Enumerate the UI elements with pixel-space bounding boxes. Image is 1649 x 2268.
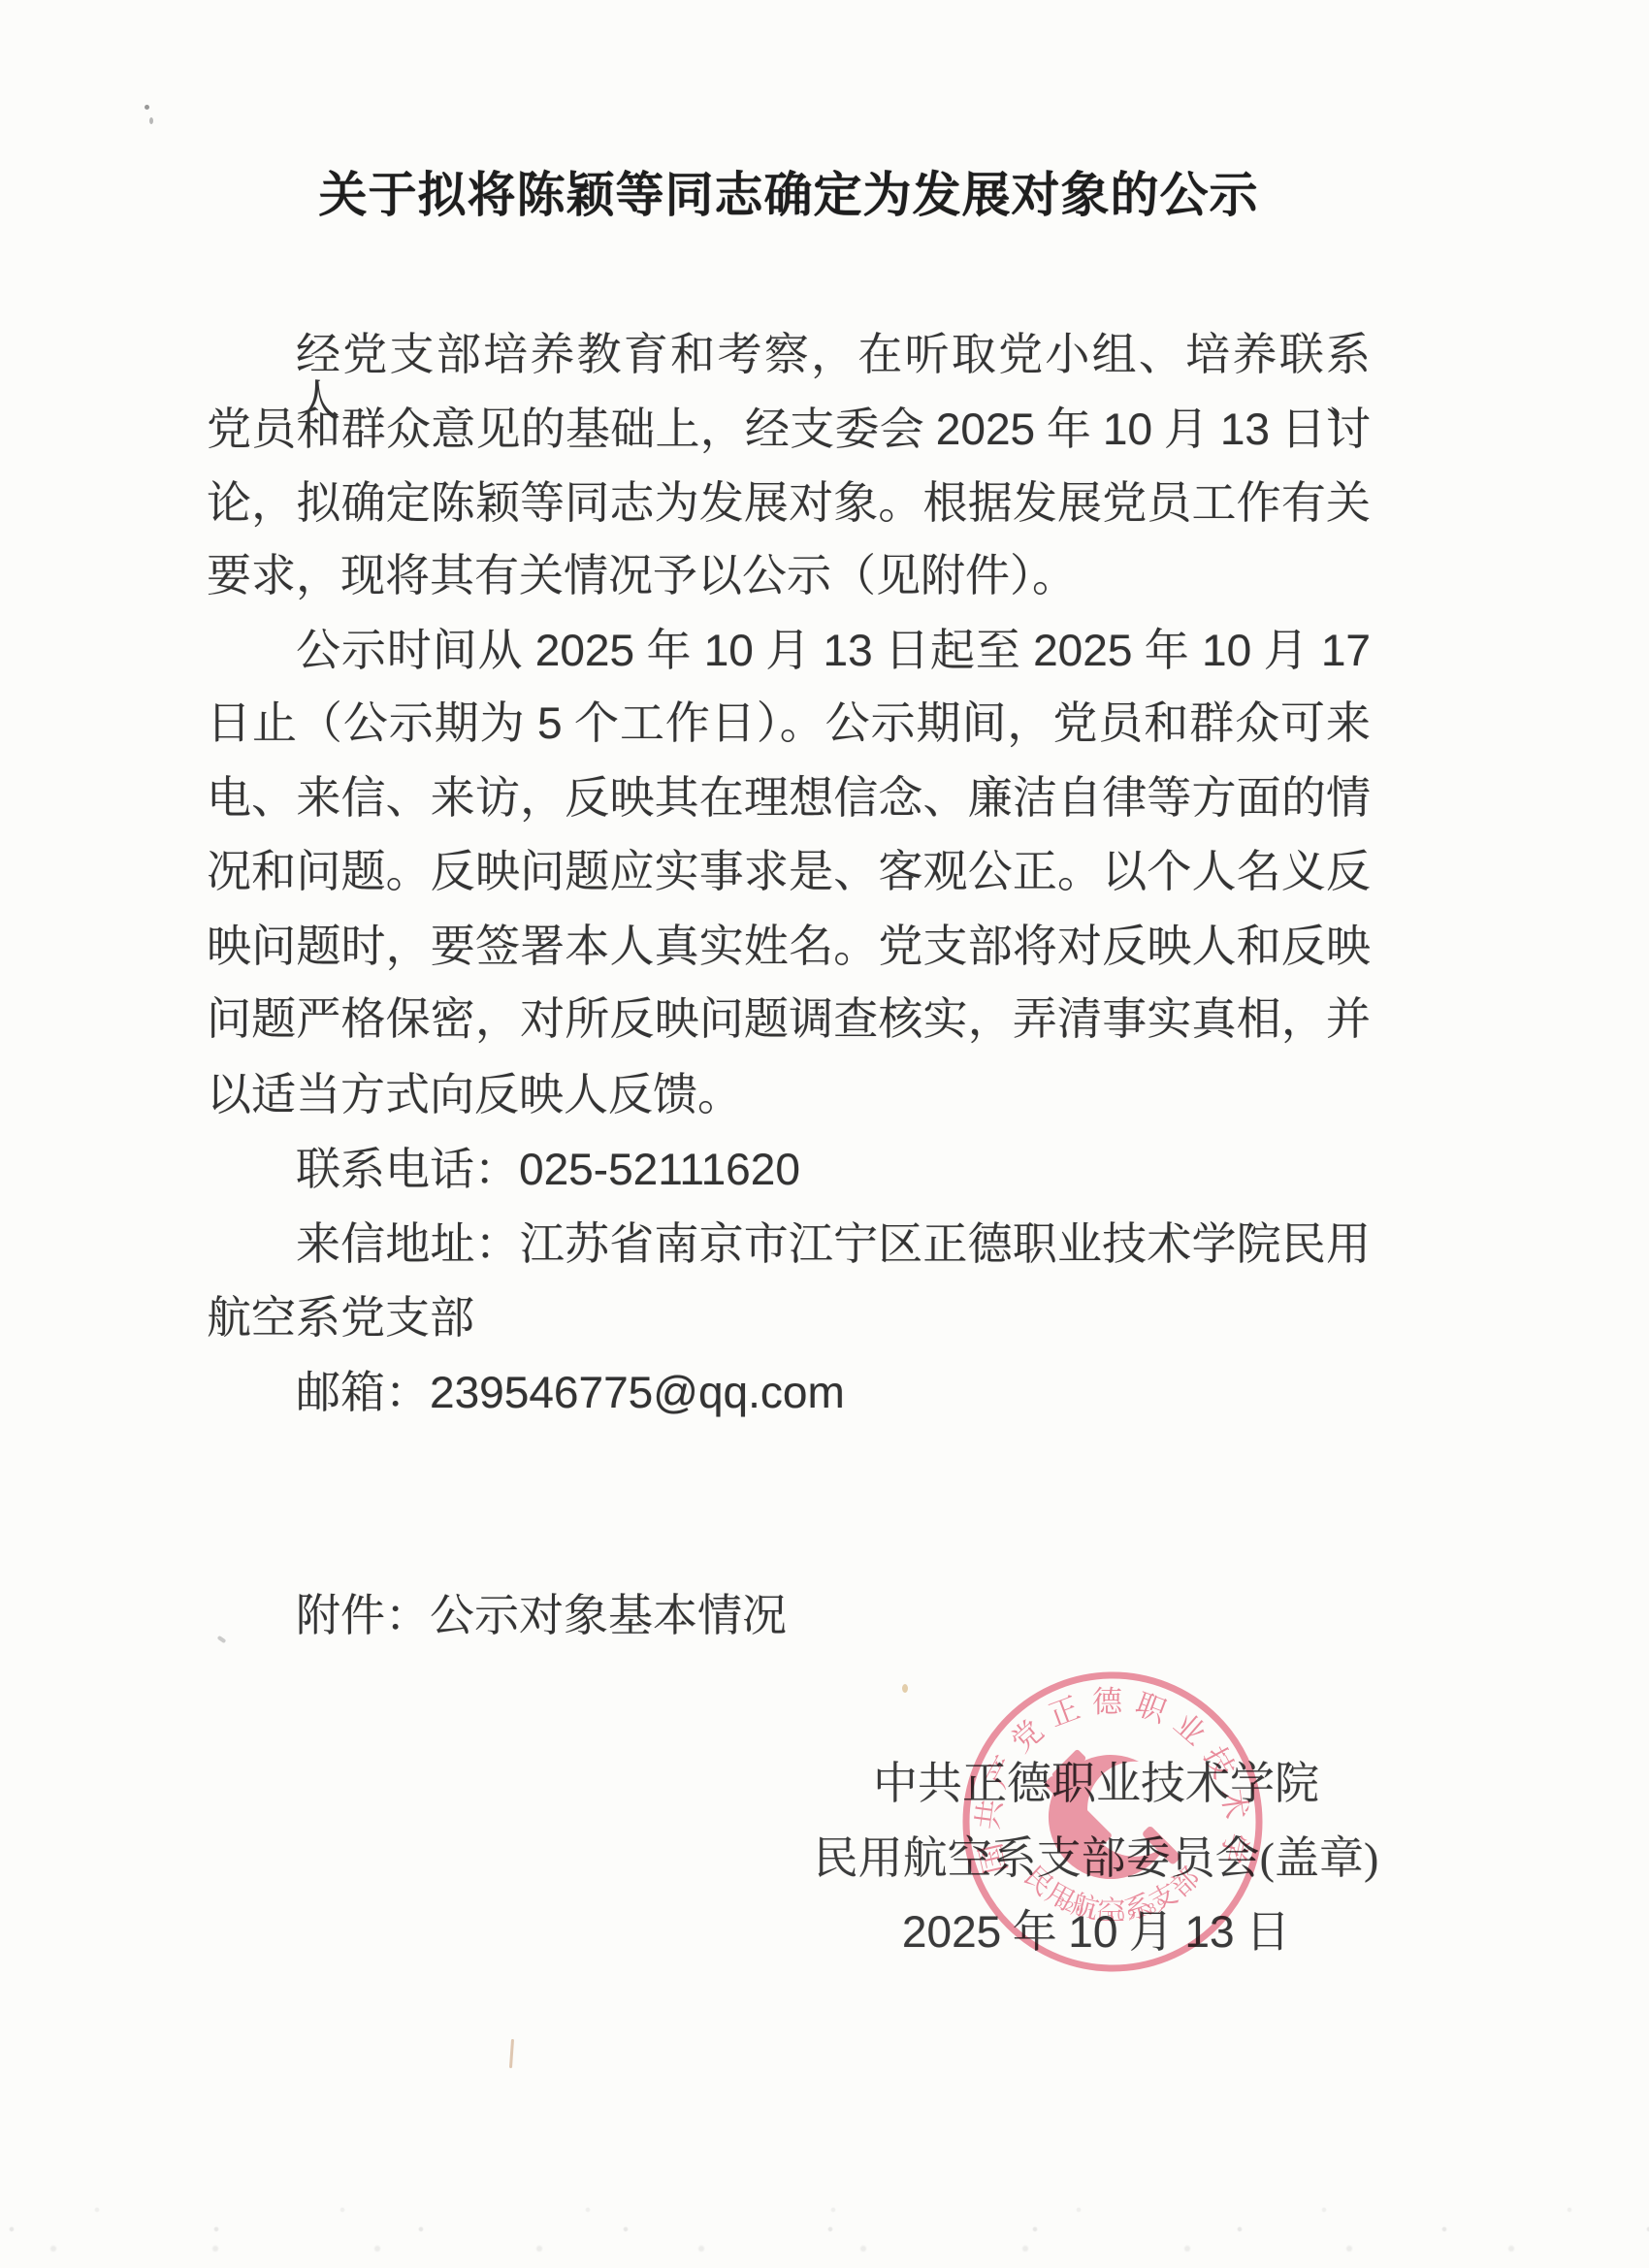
body-line: 电、来信、来访，反映其在理想信念、廉洁自律等方面的情 (207, 775, 1371, 822)
body-line: 以适当方式向反映人反馈。 (207, 1072, 1371, 1118)
scan-scratch (509, 2039, 514, 2068)
hammer-sickle-icon (1044, 1749, 1182, 1879)
body-line: 论，拟确定陈颖等同志为发展对象。根据发展党员工作有关 (207, 480, 1371, 527)
contact-address-line: 航空系党支部 (207, 1295, 1371, 1342)
contact-email-line: 邮箱：239546775@qq.com (296, 1370, 1371, 1416)
body-line: 映问题时，要签署本人真实姓名。党支部将对反映人和反映 (207, 923, 1371, 970)
official-seal-stamp: 中国共产党正德职业技术学院 民用航空系支部 32011509189 (955, 1665, 1270, 1979)
scan-speck (149, 117, 153, 124)
contact-phone-line: 联系电话：025-52111620 (296, 1147, 1371, 1193)
scan-speck (217, 1636, 227, 1643)
page-title: 关于拟将陈颖等同志确定为发展对象的公示 (207, 169, 1371, 221)
scan-noise-strip (0, 2142, 1649, 2268)
body-line: 要求，现将其有关情况予以公示（见附件）。 (207, 553, 1371, 599)
contact-address-line: 来信地址：江苏省南京市江宁区正德职业技术学院民用 (296, 1221, 1371, 1268)
body-line: 日止（公示期为 5 个工作日）。公示期间，党员和群众可来 (207, 700, 1371, 747)
scan-speck (145, 105, 149, 110)
body-line: 公示时间从 2025 年 10 月 13 日起至 2025 年 10 月 17 (296, 628, 1371, 674)
attachment-line: 附件：公示对象基本情况 (296, 1593, 1371, 1639)
body-line: 问题严格保密，对所反映问题调查核实，弄清事实真相，并 (207, 996, 1371, 1043)
body-line: 党员和群众意见的基础上，经支委会 2025 年 10 月 13 日讨 (207, 406, 1371, 453)
body-line: 况和问题。反映问题应实事求是、客观公正。以个人名义反 (207, 849, 1371, 895)
scan-speck (902, 1684, 908, 1693)
scanned-notice-page: 关于拟将陈颖等同志确定为发展对象的公示 经党支部培养教育和考察，在听取党小组、培… (0, 0, 1649, 2268)
